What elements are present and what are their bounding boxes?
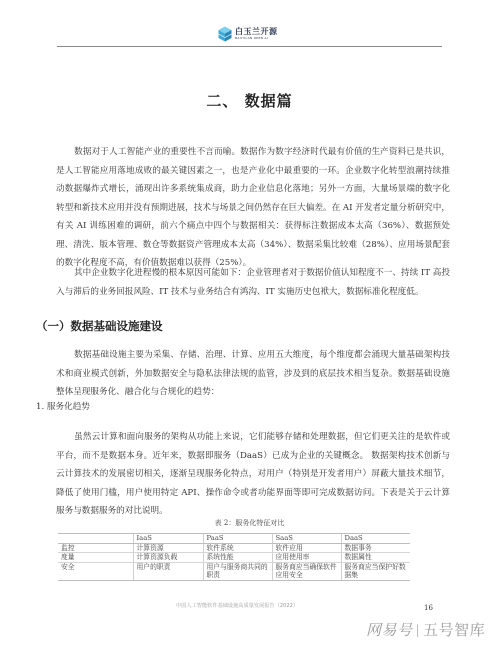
reasons-paragraph: 其中企业数字化进程慢的根本原因可能如下：企业管理者对于数据价值认知程度不一、持续… bbox=[56, 264, 450, 301]
table-cell: 计算资源 bbox=[133, 543, 203, 553]
section-intro-paragraph: 数据基础设施主要为采集、存储、治理、计算、应用五大维度，每个维度都会涌现大量基础… bbox=[56, 346, 450, 402]
table-cell: 服务商应当确保软件应用安全 bbox=[272, 562, 341, 580]
comparison-table: IaaS PaaS SaaS DaaS 监控 计算资源 软件系统 软件应用 数据… bbox=[58, 533, 410, 581]
table-cell: 度量 bbox=[58, 553, 133, 563]
table-cell: 用户与服务商共同的职责 bbox=[203, 562, 272, 580]
watermark-author: 五号智库 bbox=[423, 619, 485, 640]
subsection-paragraph: 虽然云计算和面向服务的架构从功能上来说，它们能够存储和处理数据，但它们更关注的是… bbox=[56, 428, 450, 521]
watermark: 网易号 | 五号智库 bbox=[366, 619, 485, 640]
table-cell: 用户的职责 bbox=[133, 562, 203, 580]
table-cell: 软件应用 bbox=[272, 543, 341, 553]
table-cell: 数据事务 bbox=[341, 543, 410, 553]
intro-paragraph-text: 数据对于人工智能产业的重要性不言而喻。数据作为数字经济时代最有价值的生产资料已是… bbox=[56, 147, 450, 268]
section-intro-text: 数据基础设施主要为采集、存储、治理、计算、应用五大维度，每个维度都会涌现大量基础… bbox=[56, 350, 450, 397]
table-cell: 软件系统 bbox=[203, 543, 272, 553]
chapter-title: 二、 数据篇 bbox=[0, 90, 499, 111]
table-caption: 表 2：服务化特征对比 bbox=[0, 518, 499, 528]
table-cell: 计算资源负载 bbox=[133, 553, 203, 563]
table-row: 安全 用户的职责 用户与服务商共同的职责 服务商应当确保软件应用安全 服务商应当… bbox=[58, 562, 410, 580]
table-header-cell: IaaS bbox=[133, 534, 203, 544]
table-cell: 应用使用率 bbox=[272, 553, 341, 563]
reasons-paragraph-text: 其中企业数字化进程慢的根本原因可能如下：企业管理者对于数据价值认知程度不一、持续… bbox=[56, 268, 450, 297]
watermark-separator: | bbox=[416, 623, 421, 637]
subsection-title: 1. 服务化趋势 bbox=[36, 400, 90, 412]
table-row: 度量 计算资源负载 系统性能 应用使用率 数据属性 bbox=[58, 553, 410, 563]
table-cell: 安全 bbox=[58, 562, 133, 580]
intro-paragraph: 数据对于人工智能产业的重要性不言而喻。数据作为数字经济时代最有价值的生产资料已是… bbox=[56, 143, 450, 273]
table-cell: 服务商应当保护好数据集 bbox=[341, 562, 410, 580]
watermark-source: 网易号 bbox=[366, 619, 413, 640]
table-header-cell: DaaS bbox=[341, 534, 410, 544]
table-header-cell bbox=[58, 534, 133, 544]
logo: 白玉兰开源 BAIYULAN OPEN AI bbox=[218, 26, 278, 42]
table-header-cell: SaaS bbox=[272, 534, 341, 544]
cube-logo-icon bbox=[218, 26, 232, 42]
table-header-cell: PaaS bbox=[203, 534, 272, 544]
page-header: 白玉兰开源 BAIYULAN OPEN AI bbox=[0, 0, 499, 48]
footer-report-title: 中国人工智能软件基础设施高质量发展报告（2022） bbox=[176, 602, 298, 609]
header-divider bbox=[57, 46, 442, 47]
table-cell: 系统性能 bbox=[203, 553, 272, 563]
table-row: 监控 计算资源 软件系统 软件应用 数据事务 bbox=[58, 543, 410, 553]
section-title: （一）数据基础设施建设 bbox=[36, 318, 163, 334]
table-cell: 数据属性 bbox=[341, 553, 410, 563]
logo-subtitle: BAIYULAN OPEN AI bbox=[235, 37, 278, 40]
page-number: 16 bbox=[424, 604, 433, 612]
subsection-paragraph-text: 虽然云计算和面向服务的架构从功能上来说，它们能够存储和处理数据，但它们更关注的是… bbox=[56, 432, 450, 516]
logo-name: 白玉兰开源 bbox=[235, 28, 278, 36]
table-header-row: IaaS PaaS SaaS DaaS bbox=[58, 534, 410, 544]
table-cell: 监控 bbox=[58, 543, 133, 553]
